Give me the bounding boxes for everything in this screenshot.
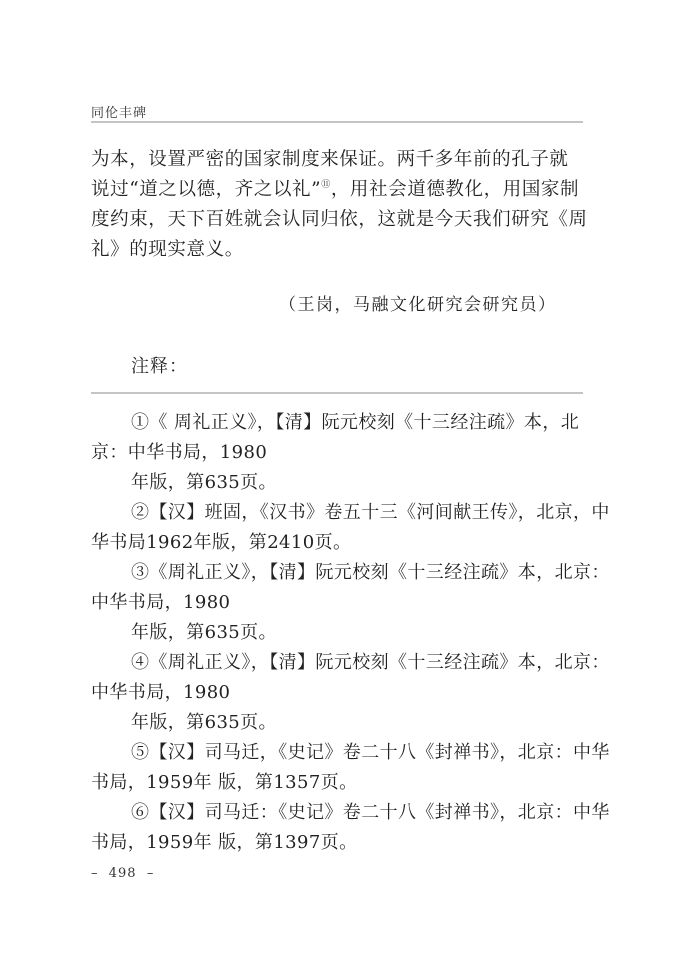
footnote-reference[interactable]: ⑪ bbox=[321, 180, 331, 190]
document-page: 同伦丰碑 为本，设置严密的国家制度来保证。两千多年前的孔子就 说过“道之以德，齐… bbox=[91, 0, 583, 968]
notes-list: ①《 周礼正义》，【清】阮元校刻《十三经注疏》本，北 京：中华书局，1980 年… bbox=[91, 408, 583, 858]
note-line: 书局，1959年 版，第1357页。 bbox=[91, 768, 583, 798]
note-line: 华书局1962年版，第2410页。 bbox=[91, 528, 583, 558]
note-line: 书局，1959年 版，第1397页。 bbox=[91, 828, 583, 858]
header-divider bbox=[91, 121, 583, 123]
notes-divider bbox=[91, 392, 583, 394]
body-line: 度约束，天下百姓就会认同归依，这就是今天我们研究《周 bbox=[91, 205, 583, 235]
note-line: 年版，第635页。 bbox=[91, 708, 583, 738]
note-line: 中华书局，1980 bbox=[91, 678, 583, 708]
page-number: – 498 – bbox=[91, 866, 154, 881]
note-item-4: ④《周礼正义》，【清】阮元校刻《十三经注疏》本，北京： 中华书局，1980 年版… bbox=[91, 648, 583, 738]
body-line: 礼》的现实意义。 bbox=[91, 235, 583, 265]
note-item-3: ③《周礼正义》，【清】阮元校刻《十三经注疏》本，北京： 中华书局，1980 年版… bbox=[91, 558, 583, 648]
note-line: 中华书局，1980 bbox=[91, 588, 583, 618]
note-line: 年版，第635页。 bbox=[91, 468, 583, 498]
note-line: ④《周礼正义》，【清】阮元校刻《十三经注疏》本，北京： bbox=[91, 648, 583, 678]
note-line: 京：中华书局，1980 bbox=[91, 438, 583, 468]
body-line-part: 说过“道之以德，齐之以礼” bbox=[91, 179, 321, 200]
note-line: ⑤【汉】司马迁，《史记》卷二十八《封禅书》，北京：中华 bbox=[91, 738, 583, 768]
running-header: 同伦丰碑 bbox=[91, 102, 147, 121]
note-item-6: ⑥【汉】司马迁：《史记》卷二十八《封禅书》，北京：中华 书局，1959年 版，第… bbox=[91, 798, 583, 858]
note-item-5: ⑤【汉】司马迁，《史记》卷二十八《封禅书》，北京：中华 书局，1959年 版，第… bbox=[91, 738, 583, 798]
note-line: ⑥【汉】司马迁：《史记》卷二十八《封禅书》，北京：中华 bbox=[91, 798, 583, 828]
note-item-2: ②【汉】班固，《汉书》卷五十三《河间献王传》，北京，中 华书局1962年版，第2… bbox=[91, 498, 583, 558]
note-item-1: ①《 周礼正义》，【清】阮元校刻《十三经注疏》本，北 京：中华书局，1980 年… bbox=[91, 408, 583, 498]
body-paragraph: 为本，设置严密的国家制度来保证。两千多年前的孔子就 说过“道之以德，齐之以礼”⑪… bbox=[91, 145, 583, 265]
note-line: ③《周礼正义》，【清】阮元校刻《十三经注疏》本，北京： bbox=[91, 558, 583, 588]
body-line: 说过“道之以德，齐之以礼”⑪，用社会道德教化，用国家制 bbox=[91, 175, 583, 205]
body-line-part: ，用社会道德教化，用国家制 bbox=[331, 179, 579, 200]
author-signature: （王岗，马融文化研究会研究员） bbox=[279, 290, 557, 315]
note-line: ①《 周礼正义》，【清】阮元校刻《十三经注疏》本，北 bbox=[91, 408, 583, 438]
body-line: 为本，设置严密的国家制度来保证。两千多年前的孔子就 bbox=[91, 145, 583, 175]
note-line: ②【汉】班固，《汉书》卷五十三《河间献王传》，北京，中 bbox=[91, 498, 583, 528]
note-line: 年版，第635页。 bbox=[91, 618, 583, 648]
notes-heading: 注释： bbox=[131, 352, 188, 378]
